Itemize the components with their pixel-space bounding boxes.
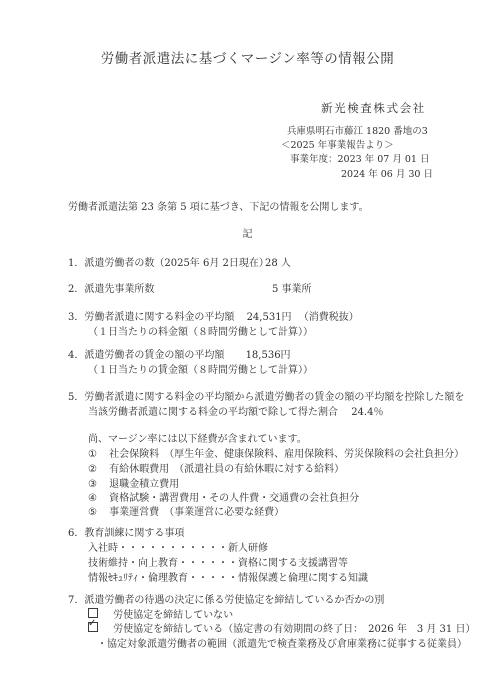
expense-item-retirement-fund: ③ 退職金積立費用 [88, 477, 179, 492]
company-name: 新光検査株式会社 [321, 101, 426, 116]
margin-rate-value: 24.4％ [351, 407, 383, 418]
dispatched-workers-value: 28 人 [265, 256, 291, 271]
training-section-label: 6．教育訓練に関する事項 [68, 526, 184, 541]
average-wage-value: 18,536円 [246, 350, 291, 361]
average-fee-row: 3．労働者派遣に関する料金の平均額 24,531円 （消費税抜） [68, 310, 359, 325]
margin-rate-label-line2: 当該労働者派遣に関する料金の平均額で除して得た割合 [88, 407, 338, 418]
average-wage-detail: （１日当たりの賃金額（８時間労働として計算）） [88, 363, 313, 378]
expense-marker: ④ [88, 493, 97, 504]
client-offices-label: 2．派遣先事業所数 [68, 284, 154, 295]
expense-item-paid-leave: ② 有給休暇費用 （派遣社員の有給休暇に対する給料） [88, 462, 344, 477]
expense-marker: ⑤ [88, 507, 97, 518]
expense-text: 社会保険料 （厚生年金、健康保険料、雇用保険料、労災保険料の会社負担分） [109, 449, 464, 460]
margin-expenses-intro: 尚、マージン率には以下経費が含まれています。 [88, 432, 307, 447]
fiscal-year-end: 2024 年 06 月 30 日 [341, 167, 433, 182]
expense-marker: ② [88, 464, 97, 475]
average-fee-value: 24,531円 [247, 312, 292, 323]
margin-rate-disclosure-document: 労働者派遣法に基づくマージン率等の情報公開 新光検査株式会社 兵庫県明石市藤江 … [0, 0, 495, 700]
expense-text: 資格試験・講習費用・その人件費・交通費の会社負担分 [109, 493, 359, 504]
client-offices-row: 2．派遣先事業所数 5 事業所 [68, 282, 468, 297]
company-address: 兵庫県明石市藤江 1820 番地の3 [287, 124, 428, 139]
fiscal-year-start: 事業年度：2023 年 07 月 01 日 [290, 152, 429, 167]
training-row-security-ethics: 情報ｾｷｭﾘﾃｨ・倫理教育・・・・・情報保護と倫理に関する知識 [88, 571, 368, 586]
labor-agreement-section-label: 7．派遣労働者の待遇の決定に係る労使協定を締結しているか否かの別 [68, 593, 384, 608]
document-title: 労働者派遣法に基づくマージン率等の情報公開 [0, 52, 495, 67]
average-wage-label: 4．派遣労働者の賃金の額の平均額 [68, 350, 224, 361]
average-fee-label: 3．労働者派遣に関する料金の平均額 [68, 312, 234, 323]
report-source-note: ＜2025 年事業報告より＞ [281, 138, 394, 153]
training-row-skill-improvement: 技術維持・向上教育・・・・・・資格に関する支援講習等 [88, 556, 348, 571]
expense-marker: ③ [88, 479, 97, 490]
average-fee-tax-note: （消費税抜） [299, 312, 359, 323]
expense-item-social-insurance: ① 社会保険料 （厚生年金、健康保険料、雇用保険料、労災保険料の会社負担分） [88, 447, 464, 462]
expense-item-operating-costs: ⑤ 事業運営費 （事業運営に必要な経費） [88, 505, 284, 520]
dispatched-workers-row: 1．派遣労働者の数（2025年 6月 2日現在） 28 人 [68, 256, 468, 271]
expense-text: 有給休暇費用 （派遣社員の有給休暇に対する給料） [109, 464, 344, 475]
agreement-not-concluded-option: 労使協定を締結していない [88, 608, 233, 623]
average-fee-detail: （１日当たりの料金額（８時間労働として計算）） [88, 325, 313, 340]
dispatched-workers-label: 1．派遣労働者の数（2025年 6月 2日現在） [68, 258, 269, 269]
agreement-not-concluded-label: 労使協定を締結していない [113, 610, 233, 621]
training-row-onboarding: 入社時・・・・・・・・・・・新人研修 [88, 541, 268, 556]
record-marker: 記 [0, 227, 495, 242]
expense-marker: ① [88, 449, 97, 460]
expense-item-training-costs: ④ 資格試験・講習費用・その人件費・交通費の会社負担分 [88, 491, 359, 506]
agreement-concluded-label: 労使協定を締結している（協定書の有効期間の終了日： 2026 年 3 月 31 … [113, 624, 475, 635]
margin-rate-row: 当該労働者派遣に関する料金の平均額で除して得た割合 24.4％ [88, 405, 383, 420]
check-mark-icon: ✓ [88, 619, 96, 629]
agreement-concluded-option: ✓ 労使協定を締結している（協定書の有効期間の終了日： 2026 年 3 月 3… [88, 622, 475, 637]
unchecked-checkbox-icon [88, 608, 98, 618]
agreement-scope-note: ・協定対象派遣労働者の範囲（派遣先で検査業務及び倉庫業務に従事する従業員） [97, 637, 467, 652]
client-offices-value: 5 事業所 [272, 282, 312, 297]
average-wage-row: 4．派遣労働者の賃金の額の平均額 18,536円 [68, 348, 291, 363]
intro-text: 労働者派遣法第 23 条第 5 項に基づき、下記の情報を公開します。 [68, 200, 369, 215]
expense-text: 事業運営費 （事業運営に必要な経費） [109, 507, 284, 518]
margin-rate-label-line1: 5．労働者派遣に関する料金の平均額から派遣労働者の賃金の額の平均額を控除した額を [68, 390, 464, 405]
expense-text: 退職金積立費用 [109, 479, 179, 490]
checked-checkbox-icon: ✓ [88, 622, 98, 632]
